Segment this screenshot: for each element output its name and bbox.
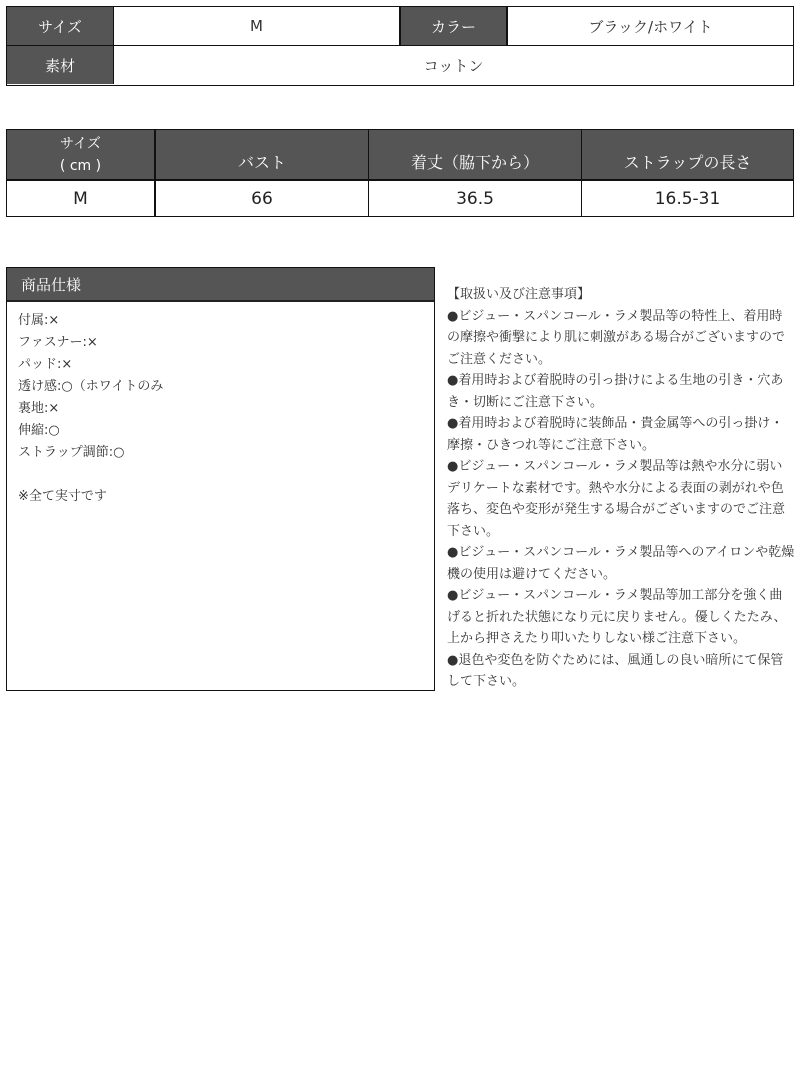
cell-strap-length: 16.5-31 — [582, 181, 793, 216]
basic-info-table: サイズ M カラー ブラック/ホワイト 素材 コットン — [6, 6, 794, 86]
basic-info-row-material: 素材 コットン — [7, 46, 793, 84]
material-value: コットン — [114, 46, 793, 84]
care-notes-title: 【取扱い及び注意事項】 — [447, 284, 795, 306]
product-spec-list: 付属:× ファスナー:× パッド:× 透け感:○（ホワイトのみ 裏地:× 伸縮:… — [7, 302, 434, 508]
table-row: M 66 36.5 16.5-31 — [7, 181, 793, 216]
care-notes: 【取扱い及び注意事項】 ●ビジュー・スパンコール・ラメ製品等の特性上、着用時の摩… — [447, 284, 795, 693]
basic-info-row-size-color: サイズ M カラー ブラック/ホワイト — [7, 7, 793, 46]
cell-size: M — [7, 181, 156, 216]
care-note-item: ●ビジュー・スパンコール・ラメ製品等加工部分を強く曲げると折れた状態になり元に戻… — [447, 585, 795, 650]
cell-length: 36.5 — [369, 181, 582, 216]
spec-item-stretch: 伸縮:○ — [18, 420, 434, 442]
care-note-item: ●ビジュー・スパンコール・ラメ製品等は熱や水分に弱いデリケートな素材です。熱や水… — [447, 456, 795, 542]
spec-note-actual-size: ※全て実寸です — [18, 486, 434, 508]
header-length: 着丈（脇下から） — [369, 130, 582, 179]
spec-spacer — [18, 464, 434, 486]
spec-item-pad: パッド:× — [18, 354, 434, 376]
spec-item-accessories: 付属:× — [18, 310, 434, 332]
size-value: M — [114, 7, 401, 45]
spec-item-sheerness: 透け感:○（ホワイトのみ — [18, 376, 434, 398]
color-label: カラー — [401, 7, 508, 45]
spec-item-lining: 裏地:× — [18, 398, 434, 420]
product-spec-title: 商品仕様 — [7, 268, 434, 302]
cell-bust: 66 — [156, 181, 369, 216]
header-size-label: サイズ — [60, 133, 101, 155]
size-label: サイズ — [7, 7, 114, 45]
size-table-header: サイズ ( cm ) バスト 着丈（脇下から） ストラップの長さ — [7, 130, 793, 181]
header-size: サイズ ( cm ) — [7, 130, 156, 179]
header-bust: バスト — [156, 130, 369, 179]
size-table: サイズ ( cm ) バスト 着丈（脇下から） ストラップの長さ M 66 36… — [6, 129, 794, 217]
care-note-item: ●ビジュー・スパンコール・ラメ製品等の特性上、着用時の摩擦や衝撃により肌に刺激が… — [447, 306, 795, 371]
header-size-unit: ( cm ) — [60, 155, 101, 177]
care-note-item: ●着用時および着脱時の引っ掛けによる生地の引き・穴あき・切断にご注意下さい。 — [447, 370, 795, 413]
header-strap-length: ストラップの長さ — [582, 130, 793, 179]
care-note-item: ●退色や変色を防ぐためには、風通しの良い暗所にて保管して下さい。 — [447, 650, 795, 693]
spec-item-zipper: ファスナー:× — [18, 332, 434, 354]
product-spec-box: 商品仕様 付属:× ファスナー:× パッド:× 透け感:○（ホワイトのみ 裏地:… — [6, 267, 435, 691]
care-note-item: ●ビジュー・スパンコール・ラメ製品等へのアイロンや乾燥機の使用は避けてください。 — [447, 542, 795, 585]
care-note-item: ●着用時および着脱時に装飾品・貴金属等への引っ掛け・摩擦・ひきつれ等にご注意下さ… — [447, 413, 795, 456]
spec-item-strap-adjust: ストラップ調節:○ — [18, 442, 434, 464]
material-label: 素材 — [7, 46, 114, 84]
color-value: ブラック/ホワイト — [508, 7, 793, 45]
